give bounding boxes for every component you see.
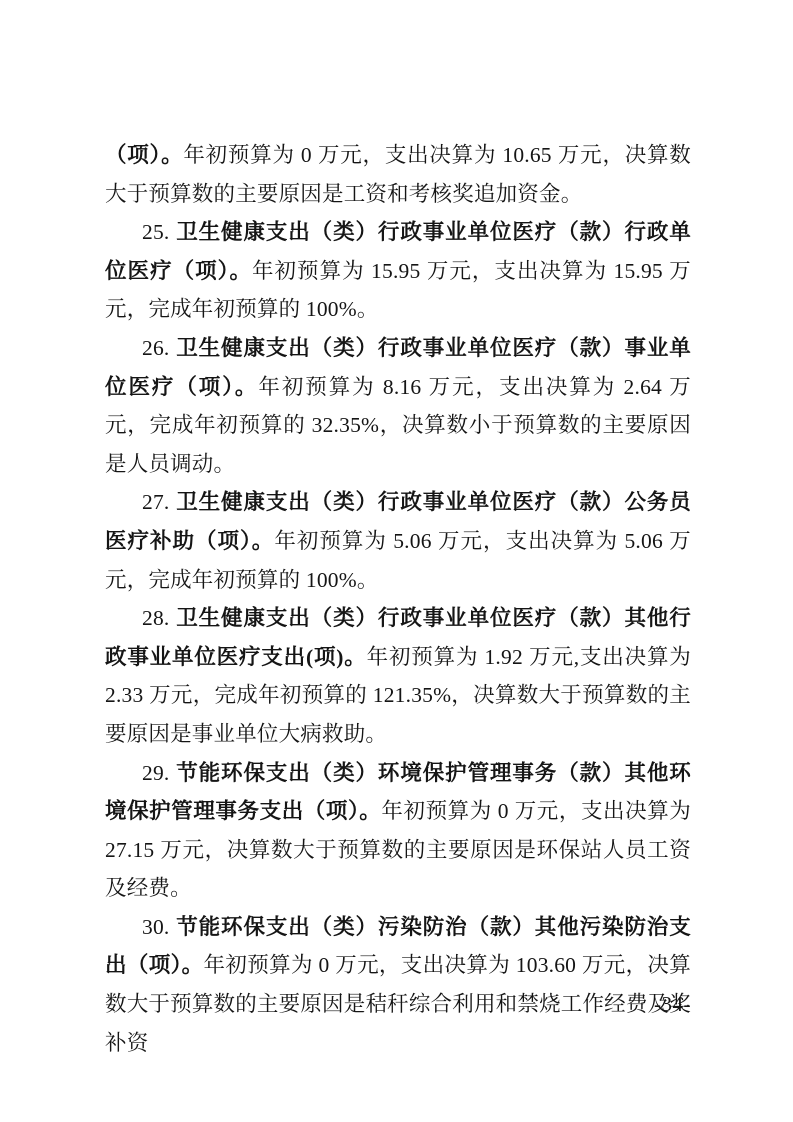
- item-number: 26.: [142, 336, 169, 360]
- page-number: -34-: [105, 992, 691, 1016]
- paragraph-item-30: 30.节能环保支出（类）污染防治（款）其他污染防治支出（项）。年初预算为 0 万…: [105, 908, 691, 1062]
- paragraph-item-28: 28.卫生健康支出（类）行政事业单位医疗（款）其他行政事业单位医疗支出(项)。年…: [105, 599, 691, 753]
- paragraph-item-26: 26.卫生健康支出（类）行政事业单位医疗（款）事业单位医疗（项）。年初预算为 8…: [105, 329, 691, 483]
- item-number: 30.: [142, 915, 169, 939]
- document-text-block: （项）。年初预算为 0 万元，支出决算为 10.65 万元，决算数大于预算数的主…: [105, 136, 691, 1062]
- item-number: 27.: [142, 490, 169, 514]
- item-number: 28.: [142, 606, 169, 630]
- item-heading-bold: （项）。: [105, 143, 183, 167]
- paragraph-item-29: 29.节能环保支出（类）环境保护管理事务（款）其他环境保护管理事务支出（项）。年…: [105, 754, 691, 908]
- paragraph-continuation: （项）。年初预算为 0 万元，支出决算为 10.65 万元，决算数大于预算数的主…: [105, 136, 691, 213]
- document-page: （项）。年初预算为 0 万元，支出决算为 10.65 万元，决算数大于预算数的主…: [0, 0, 793, 1122]
- paragraph-item-25: 25.卫生健康支出（类）行政事业单位医疗（款）行政单位医疗（项）。年初预算为 1…: [105, 213, 691, 329]
- item-number: 29.: [142, 761, 169, 785]
- paragraph-item-27: 27.卫生健康支出（类）行政事业单位医疗（款）公务员医疗补助（项）。年初预算为 …: [105, 483, 691, 599]
- item-number: 25.: [142, 220, 169, 244]
- paragraph-body: 年初预算为 0 万元，支出决算为 10.65 万元，决算数大于预算数的主要原因是…: [105, 143, 691, 206]
